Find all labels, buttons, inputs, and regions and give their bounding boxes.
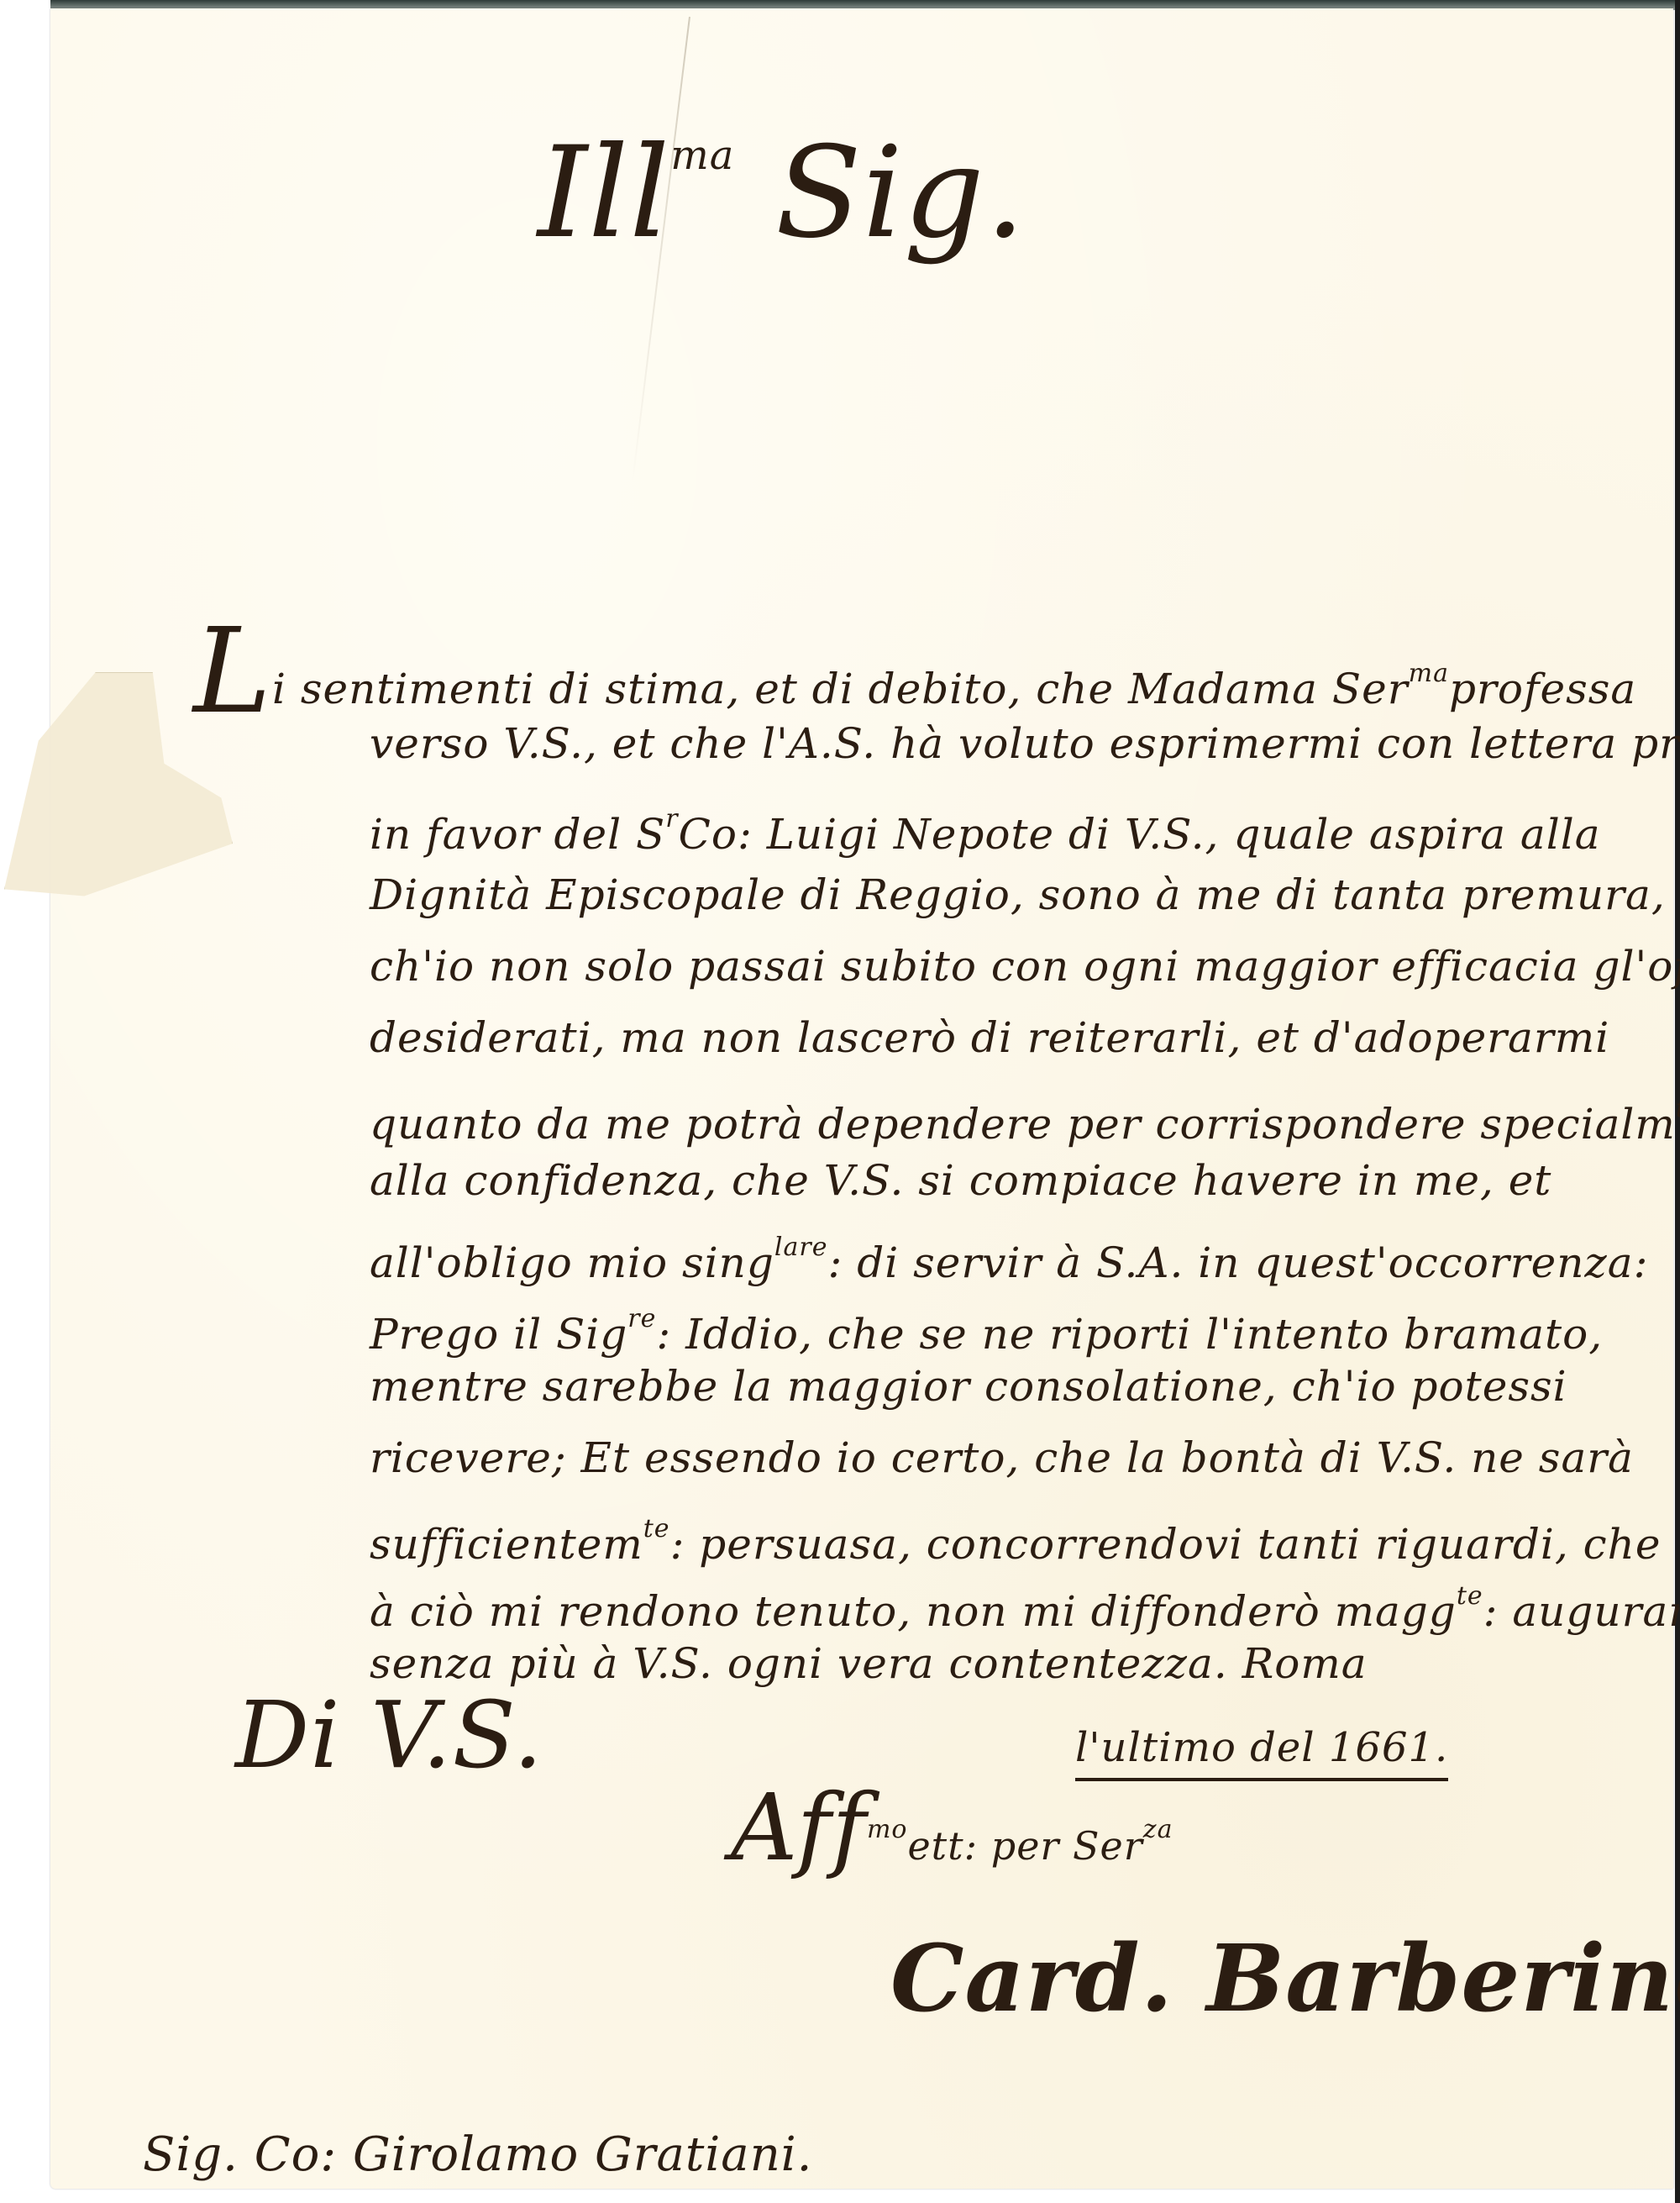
line-text: alla confidenza, che V.S. si compiace ha… bbox=[370, 1156, 1551, 1205]
addressee: Sig. Co: Girolamo Gratiani. bbox=[143, 2126, 812, 2185]
line-text: Dignità Episcopale di Reggio, sono à me … bbox=[370, 870, 1666, 919]
closing-di-vs: Di V.S. bbox=[235, 1689, 543, 1781]
line-superscript: lare bbox=[774, 1233, 828, 1262]
subscription-rest: ett: per Ser bbox=[907, 1823, 1142, 1869]
line-text: ch'io non solo passai subito con ogni ma… bbox=[370, 942, 1680, 991]
subscription-main: Aff bbox=[731, 1774, 867, 1881]
line-tail: : di servir à S.A. in quest'occorrenza: bbox=[827, 1238, 1648, 1287]
line-text: all'obligo mio sing bbox=[370, 1238, 774, 1287]
line-text: à ciò mi rendono tenuto, non mi diffonde… bbox=[370, 1587, 1457, 1636]
subscription: Affmoett: per Serza bbox=[731, 1781, 1173, 1892]
body-line-8: alla confidenza, che V.S. si compiace ha… bbox=[370, 1155, 1551, 1206]
body-line-1: Li sentimenti di stima, et di debito, ch… bbox=[193, 647, 1636, 714]
line-text: Prego il Sig bbox=[370, 1310, 627, 1359]
line-text: ricevere; Et essendo io certo, che la bo… bbox=[370, 1433, 1634, 1482]
line-text: sufficientem bbox=[370, 1520, 643, 1569]
line-superscript: te bbox=[1676, 1094, 1680, 1123]
subscription-superscript-2: za bbox=[1143, 1815, 1173, 1844]
line-tail: professa bbox=[1449, 665, 1636, 713]
line-text: mentre sarebbe la maggior consolatione, … bbox=[370, 1362, 1567, 1411]
line-tail: : augurando bbox=[1483, 1587, 1680, 1636]
date-line: l'ultimo del 1661. bbox=[1075, 1722, 1448, 1781]
body-line-14: à ciò mi rendono tenuto, non mi diffonde… bbox=[370, 1571, 1680, 1637]
body-line-6: desiderati, ma non lascerò di reiterarli… bbox=[370, 1012, 1609, 1063]
line-tail: Co: Luigi Nepote di V.S., quale aspira a… bbox=[679, 810, 1601, 859]
body-line-5: ch'io non solo passai subito con ogni ma… bbox=[370, 941, 1680, 991]
line-text: quanto da me potrà dependere per corrisp… bbox=[370, 1100, 1676, 1149]
line-superscript: ma bbox=[1409, 659, 1449, 688]
line-text: verso V.S., et che l'A.S. hà voluto espr… bbox=[370, 719, 1680, 768]
body-line-3: in favor del SrCo: Luigi Nepote di V.S.,… bbox=[370, 794, 1601, 860]
salutation-superscript: ma bbox=[670, 132, 734, 179]
line-superscript: te bbox=[1457, 1581, 1483, 1611]
body-line-9: all'obligo mio singlare: di servir à S.A… bbox=[370, 1222, 1648, 1288]
body-line-7: quanto da me potrà dependere per corrisp… bbox=[370, 1084, 1680, 1149]
body-line-2: verso V.S., et che l'A.S. hà voluto espr… bbox=[370, 718, 1680, 769]
line-tail: : Iddio, che se ne riporti l'intento bra… bbox=[656, 1310, 1603, 1359]
subscription-superscript: mo bbox=[867, 1815, 908, 1844]
line-text: i sentimenti di stima, et di debito, che… bbox=[272, 665, 1409, 713]
salutation-main: Ill bbox=[538, 120, 670, 266]
salutation: Illma Sig. bbox=[538, 92, 1026, 256]
scanned-document: Illma Sig. Li sentimenti di stima, et di… bbox=[0, 0, 1680, 2203]
line-text: desiderati, ma non lascerò di reiterarli… bbox=[370, 1013, 1609, 1062]
body-line-12: ricevere; Et essendo io certo, che la bo… bbox=[370, 1433, 1634, 1483]
body-line-13: sufficientemte: persuasa, concorrendovi … bbox=[370, 1504, 1661, 1569]
body-line-11: mentre sarebbe la maggior consolatione, … bbox=[370, 1361, 1567, 1412]
body-line-10: Prego il Sigre: Iddio, che se ne riporti… bbox=[370, 1294, 1603, 1359]
line-superscript: r bbox=[665, 804, 678, 833]
body-line-4: Dignità Episcopale di Reggio, sono à me … bbox=[370, 870, 1666, 920]
line-tail: : persuasa, concorrendovi tanti riguardi… bbox=[670, 1520, 1662, 1569]
line-superscript: te bbox=[643, 1514, 670, 1543]
line-text: in favor del S bbox=[370, 810, 665, 859]
line-superscript: re bbox=[627, 1304, 656, 1333]
signature: Card. Barberino bbox=[890, 1932, 1680, 2025]
salutation-rest: Sig. bbox=[775, 120, 1026, 266]
drop-initial: L bbox=[193, 603, 272, 740]
